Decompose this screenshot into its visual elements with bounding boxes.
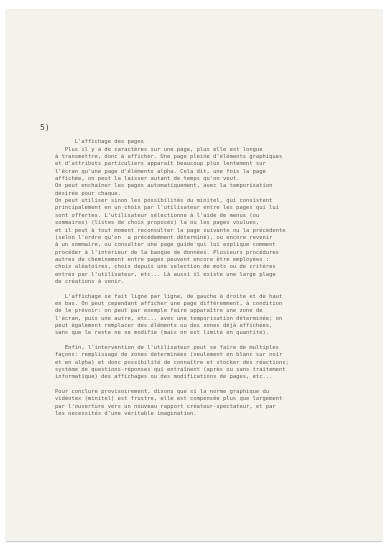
text-line: à un sommaire, ou consulter une page gui…: [55, 242, 355, 249]
text-line: L'affichage se fait ligne par ligne, de …: [55, 294, 355, 301]
paragraph-gap: [55, 286, 355, 293]
text-line: procéder à l'intérieur de la banque de d…: [55, 250, 355, 257]
text-line: On peut enchaîner les pages automatiquem…: [55, 183, 355, 190]
text-line: et il peut à tout moment reconsulter la …: [55, 228, 355, 235]
scanned-page: 5) L'affichage des pages Plus il y a de …: [6, 9, 382, 541]
text-line: sommaires) (listes de choix proposés) la…: [55, 220, 355, 227]
paragraph: Enfin, l'intervention de l'utilisateur p…: [55, 345, 355, 382]
section-heading: 5) L'affichage des pages: [55, 125, 355, 132]
text-line: choix aléatoires, choix depuis une selec…: [55, 264, 355, 271]
text-line: système de questions-réponses qui entraî…: [55, 367, 355, 374]
typewritten-text: 5) L'affichage des pages Plus il y a de …: [55, 110, 355, 433]
paragraphs: Plus il y a de caractères sur une page, …: [55, 147, 355, 419]
text-line: et en alpha) et donc possibilité de conn…: [55, 360, 355, 367]
text-line: l'écran qu'une page d'éléments alpha. Ce…: [55, 169, 355, 176]
paragraph: L'affichage se fait ligne par ligne, de …: [55, 294, 355, 338]
text-line: Plus il y a de caractères sur une page, …: [55, 147, 355, 154]
section-title: L'affichage des pages: [75, 139, 144, 145]
text-line: de le prévoir: on peut par exemple faire…: [55, 308, 355, 315]
text-line: de créations à venir.: [55, 279, 355, 286]
text-line: les necessités d'une véritable imaginati…: [55, 411, 355, 418]
text-line: entrés par l'utilisateur, etc... Là auss…: [55, 272, 355, 279]
text-line: l'écran, puis une autre, etc... avec une…: [55, 316, 355, 323]
paragraph-gap: [55, 338, 355, 345]
paragraph: Plus il y a de caractères sur une page, …: [55, 147, 355, 287]
text-line: sans que le reste ne se modifie (mais on…: [55, 330, 355, 337]
text-line: par l'ouverture vers un nouveau rapport …: [55, 404, 355, 411]
text-line: et d'attributs particuliers apparaît bea…: [55, 161, 355, 168]
text-line: On peut utiliser sinon les possibilités …: [55, 198, 355, 205]
section-number: 5): [40, 124, 50, 131]
text-line: vidéotex (minitel) est frustre, elle est…: [55, 396, 355, 403]
paragraph: Pour conclure provisoirement, disons que…: [55, 389, 355, 418]
text-line: principalement en un choix par l'utilisa…: [55, 205, 355, 212]
text-line: façons: remplissage de zones déterminées…: [55, 352, 355, 359]
paragraph-gap: [55, 382, 355, 389]
text-line: informatique) des affichages ou des modi…: [55, 374, 355, 381]
